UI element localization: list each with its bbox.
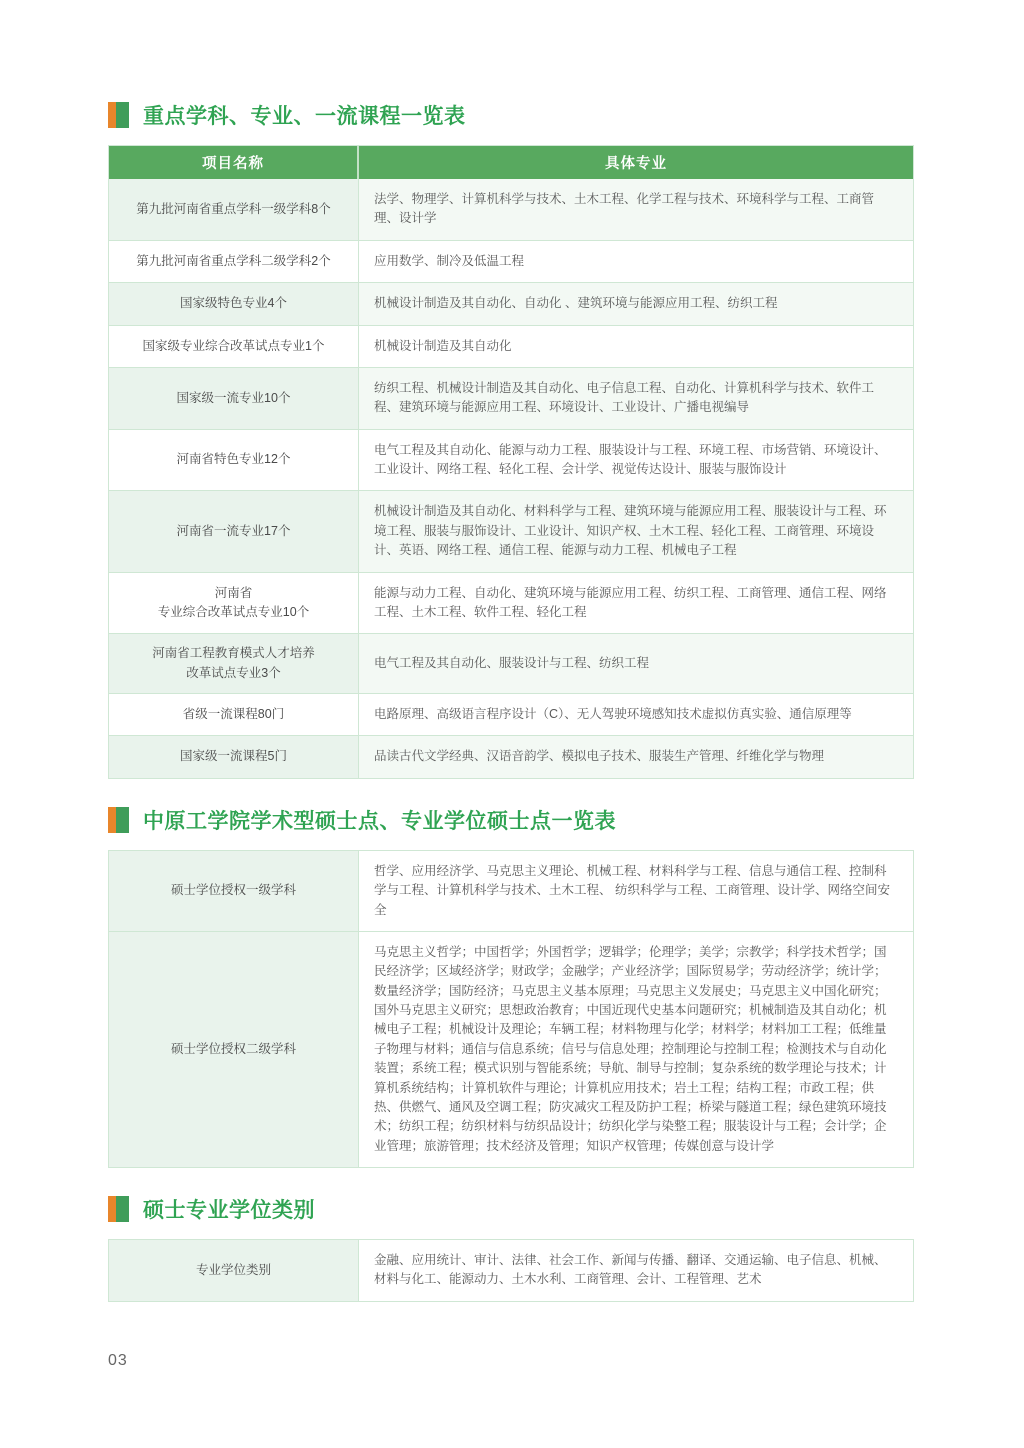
project-name-cell: 省级一流课程80门 [109, 694, 359, 735]
project-name-cell: 国家级特色专业4个 [109, 283, 359, 324]
section-professional-degree: 硕士专业学位类别 专业学位类别金融、应用统计、审计、法律、社会工作、新闻与传播、… [108, 1194, 914, 1302]
table-row: 国家级特色专业4个机械设计制造及其自动化、自动化 、建筑环境与能源应用工程、纺织… [109, 282, 913, 324]
project-name-cell: 河南省一流专业17个 [109, 491, 359, 571]
project-name-cell: 国家级一流专业10个 [109, 368, 359, 429]
project-name-cell: 河南省 专业综合改革试点专业10个 [109, 573, 359, 634]
section-heading: 中原工学院学术型硕士点、专业学位硕士点一览表 [108, 805, 914, 835]
table-row: 专业学位类别金融、应用统计、审计、法律、社会工作、新闻与传播、翻译、交通运输、电… [109, 1240, 913, 1301]
project-name-cell: 河南省工程教育模式人才培养 改革试点专业3个 [109, 634, 359, 693]
column-header-specific-majors: 具体专业 [359, 146, 913, 179]
table-body: 硕士学位授权一级学科哲学、应用经济学、马克思主义理论、机械工程、材料科学与工程、… [109, 851, 913, 1167]
section-heading: 重点学科、专业、一流课程一览表 [108, 100, 914, 130]
section-title-text: 硕士专业学位类别 [143, 1194, 315, 1224]
table-row: 省级一流课程80门电路原理、高级语言程序设计（C）、无人驾驶环境感知技术虚拟仿真… [109, 693, 913, 735]
table-row: 国家级一流专业10个纺织工程、机械设计制造及其自动化、电子信息工程、自动化、计算… [109, 367, 913, 429]
detail-cell: 机械设计制造及其自动化、自动化 、建筑环境与能源应用工程、纺织工程 [359, 283, 913, 324]
detail-cell: 哲学、应用经济学、马克思主义理论、机械工程、材料科学与工程、信息与通信工程、控制… [359, 851, 913, 931]
page-number: 03 [108, 1352, 128, 1370]
table-row: 第九批河南省重点学科二级学科2个应用数学、制冷及低温工程 [109, 240, 913, 282]
table-row: 河南省一流专业17个机械设计制造及其自动化、材料科学与工程、建筑环境与能源应用工… [109, 490, 913, 571]
project-name-cell: 第九批河南省重点学科二级学科2个 [109, 241, 359, 282]
table-row: 河南省特色专业12个电气工程及其自动化、能源与动力工程、服装设计与工程、环境工程… [109, 429, 913, 491]
detail-cell: 品读古代文学经典、汉语音韵学、模拟电子技术、服装生产管理、纤维化学与物理 [359, 736, 913, 777]
detail-cell: 电气工程及其自动化、能源与动力工程、服装设计与工程、环境工程、市场营销、环境设计… [359, 430, 913, 491]
table-row: 国家级专业综合改革试点专业1个机械设计制造及其自动化 [109, 325, 913, 367]
table-row: 河南省工程教育模式人才培养 改革试点专业3个电气工程及其自动化、服装设计与工程、… [109, 633, 913, 693]
table-row: 硕士学位授权一级学科哲学、应用经济学、马克思主义理论、机械工程、材料科学与工程、… [109, 851, 913, 931]
column-header-project-name: 项目名称 [109, 146, 359, 179]
project-name-cell: 河南省特色专业12个 [109, 430, 359, 491]
detail-cell: 电路原理、高级语言程序设计（C）、无人驾驶环境感知技术虚拟仿真实验、通信原理等 [359, 694, 913, 735]
heading-marker-icon [108, 102, 129, 128]
project-name-cell: 国家级专业综合改革试点专业1个 [109, 326, 359, 367]
project-name-cell: 硕士学位授权二级学科 [109, 932, 359, 1167]
detail-cell: 纺织工程、机械设计制造及其自动化、电子信息工程、自动化、计算机科学与技术、软件工… [359, 368, 913, 429]
masters-programs-table: 硕士学位授权一级学科哲学、应用经济学、马克思主义理论、机械工程、材料科学与工程、… [108, 850, 914, 1168]
section-key-disciplines: 重点学科、专业、一流课程一览表 项目名称 具体专业 第九批河南省重点学科一级学科… [108, 100, 914, 779]
detail-cell: 机械设计制造及其自动化 [359, 326, 913, 367]
project-name-cell: 专业学位类别 [109, 1240, 359, 1301]
table-row: 硕士学位授权二级学科马克思主义哲学；中国哲学；外国哲学；逻辑学；伦理学；美学；宗… [109, 931, 913, 1167]
table-header-row: 项目名称 具体专业 [109, 146, 913, 179]
table-row: 第九批河南省重点学科一级学科8个法学、物理学、计算机科学与技术、土木工程、化学工… [109, 179, 913, 240]
heading-marker-icon [108, 1196, 129, 1222]
detail-cell: 金融、应用统计、审计、法律、社会工作、新闻与传播、翻译、交通运输、电子信息、机械… [359, 1240, 913, 1301]
key-disciplines-table: 项目名称 具体专业 第九批河南省重点学科一级学科8个法学、物理学、计算机科学与技… [108, 145, 914, 779]
heading-marker-icon [108, 807, 129, 833]
project-name-cell: 国家级一流课程5门 [109, 736, 359, 777]
project-name-cell: 第九批河南省重点学科一级学科8个 [109, 179, 359, 240]
detail-cell: 电气工程及其自动化、服装设计与工程、纺织工程 [359, 634, 913, 693]
section-title-text: 中原工学院学术型硕士点、专业学位硕士点一览表 [143, 805, 616, 835]
section-title-text: 重点学科、专业、一流课程一览表 [143, 100, 466, 130]
table-body: 第九批河南省重点学科一级学科8个法学、物理学、计算机科学与技术、土木工程、化学工… [109, 179, 913, 778]
section-masters-programs: 中原工学院学术型硕士点、专业学位硕士点一览表 硕士学位授权一级学科哲学、应用经济… [108, 805, 914, 1168]
detail-cell: 马克思主义哲学；中国哲学；外国哲学；逻辑学；伦理学；美学；宗教学；科学技术哲学；… [359, 932, 913, 1167]
detail-cell: 应用数学、制冷及低温工程 [359, 241, 913, 282]
document-page: 重点学科、专业、一流课程一览表 项目名称 具体专业 第九批河南省重点学科一级学科… [0, 0, 1024, 1448]
table-row: 国家级一流课程5门品读古代文学经典、汉语音韵学、模拟电子技术、服装生产管理、纤维… [109, 735, 913, 777]
section-heading: 硕士专业学位类别 [108, 1194, 914, 1224]
table-row: 河南省 专业综合改革试点专业10个能源与动力工程、自动化、建筑环境与能源应用工程… [109, 572, 913, 634]
detail-cell: 能源与动力工程、自动化、建筑环境与能源应用工程、纺织工程、工商管理、通信工程、网… [359, 573, 913, 634]
detail-cell: 机械设计制造及其自动化、材料科学与工程、建筑环境与能源应用工程、服装设计与工程、… [359, 491, 913, 571]
professional-degree-table: 专业学位类别金融、应用统计、审计、法律、社会工作、新闻与传播、翻译、交通运输、电… [108, 1239, 914, 1302]
table-body: 专业学位类别金融、应用统计、审计、法律、社会工作、新闻与传播、翻译、交通运输、电… [109, 1240, 913, 1301]
detail-cell: 法学、物理学、计算机科学与技术、土木工程、化学工程与技术、环境科学与工程、工商管… [359, 179, 913, 240]
project-name-cell: 硕士学位授权一级学科 [109, 851, 359, 931]
